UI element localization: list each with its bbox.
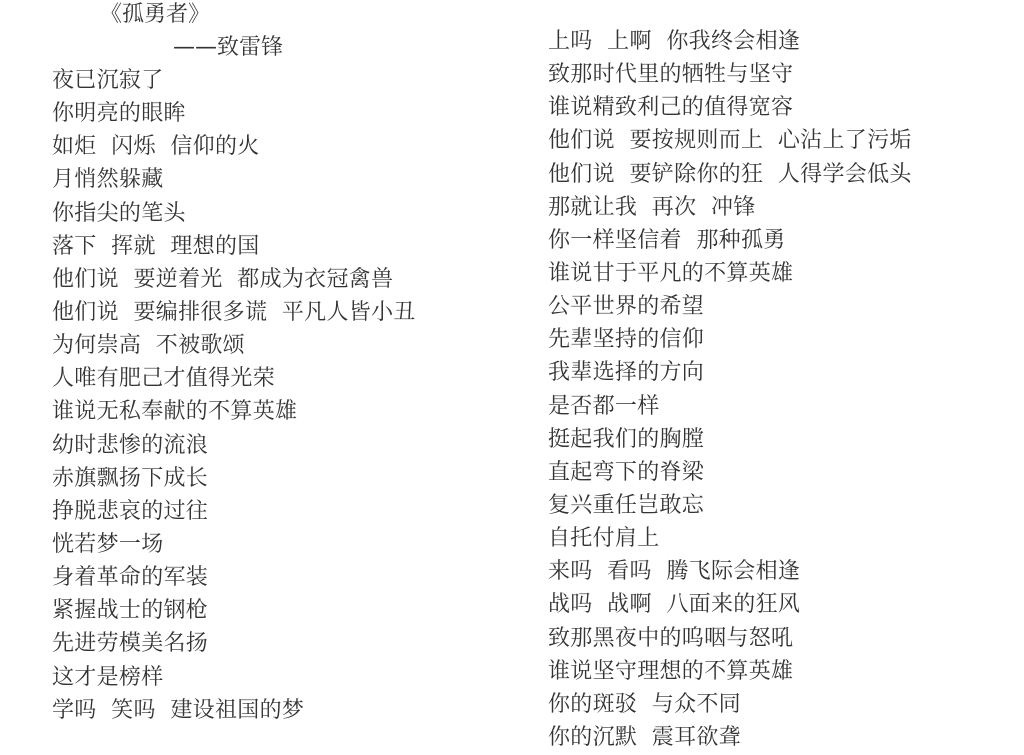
poem-line: 人唯有肥己才值得光荣 bbox=[52, 364, 416, 397]
poem-line: 恍若梦一场 bbox=[52, 530, 416, 563]
poem-line: 他们说 要按规则而上 心沾上了污垢 bbox=[548, 126, 912, 159]
poem-page: 《孤勇者》 ——致雷锋 夜已沉寂了 你明亮的眼眸 如炬 闪烁 信仰的火 月悄然躲… bbox=[0, 0, 1024, 755]
poem-line: 挺起我们的胸膛 bbox=[548, 425, 912, 458]
poem-line: 你指尖的笔头 bbox=[52, 199, 416, 232]
poem-line: 你的斑驳 与众不同 bbox=[548, 690, 912, 723]
poem-line: 你的沉默 震耳欲聋 bbox=[548, 723, 912, 755]
poem-line: 他们说 要编排很多谎 平凡人皆小丑 bbox=[52, 298, 416, 331]
poem-line: 谁说无私奉献的不算英雄 bbox=[52, 397, 416, 430]
poem-line: 你一样坚信着 那种孤勇 bbox=[548, 226, 912, 259]
poem-line: 身着革命的军装 bbox=[52, 563, 416, 596]
poem-dedication: ——致雷锋 bbox=[173, 33, 283, 63]
poem-line: 月悄然躲藏 bbox=[52, 165, 416, 198]
poem-line: 谁说坚守理想的不算英雄 bbox=[548, 657, 912, 690]
poem-line: 谁说精致利己的值得宽容 bbox=[548, 93, 912, 126]
poem-line: 挣脱悲哀的过往 bbox=[52, 497, 416, 530]
poem-line: 上吗 上啊 你我终会相逢 bbox=[548, 27, 912, 60]
poem-line: 他们说 要铲除你的狂 人得学会低头 bbox=[548, 160, 912, 193]
poem-line: 直起弯下的脊梁 bbox=[548, 458, 912, 491]
poem-line: 来吗 看吗 腾飞际会相逢 bbox=[548, 557, 912, 590]
poem-line: 你明亮的眼眸 bbox=[52, 99, 416, 132]
poem-line: 是否都一样 bbox=[548, 392, 912, 425]
poem-column-right: 上吗 上啊 你我终会相逢 致那时代里的牺牲与坚守 谁说精致利己的值得宽容 他们说… bbox=[548, 27, 912, 755]
poem-line: 赤旗飘扬下成长 bbox=[52, 464, 416, 497]
poem-line: 先辈坚持的信仰 bbox=[548, 325, 912, 358]
poem-line: 先进劳模美名扬 bbox=[52, 629, 416, 662]
poem-line: 他们说 要逆着光 都成为衣冠禽兽 bbox=[52, 265, 416, 298]
poem-line: 这才是榜样 bbox=[52, 663, 416, 696]
poem-line: 落下 挥就 理想的国 bbox=[52, 232, 416, 265]
poem-line: 如炬 闪烁 信仰的火 bbox=[52, 132, 416, 165]
poem-line: 那就让我 再次 冲锋 bbox=[548, 193, 912, 226]
poem-line: 为何崇高 不被歌颂 bbox=[52, 331, 416, 364]
poem-line: 战吗 战啊 八面来的狂风 bbox=[548, 590, 912, 623]
poem-line: 谁说甘于平凡的不算英雄 bbox=[548, 259, 912, 292]
poem-line: 复兴重任岂敢忘 bbox=[548, 491, 912, 524]
poem-column-left: 夜已沉寂了 你明亮的眼眸 如炬 闪烁 信仰的火 月悄然躲藏 你指尖的笔头 落下 … bbox=[52, 66, 416, 729]
poem-line: 学吗 笑吗 建设祖国的梦 bbox=[52, 696, 416, 729]
poem-line: 幼时悲惨的流浪 bbox=[52, 431, 416, 464]
poem-line: 我辈选择的方向 bbox=[548, 358, 912, 391]
poem-line: 致那时代里的牺牲与坚守 bbox=[548, 60, 912, 93]
poem-line: 公平世界的希望 bbox=[548, 292, 912, 325]
poem-line: 夜已沉寂了 bbox=[52, 66, 416, 99]
poem-line: 致那黑夜中的呜咽与怒吼 bbox=[548, 624, 912, 657]
poem-title: 《孤勇者》 bbox=[100, 0, 210, 30]
poem-line: 紧握战士的钢枪 bbox=[52, 596, 416, 629]
poem-line: 自托付肩上 bbox=[548, 524, 912, 557]
